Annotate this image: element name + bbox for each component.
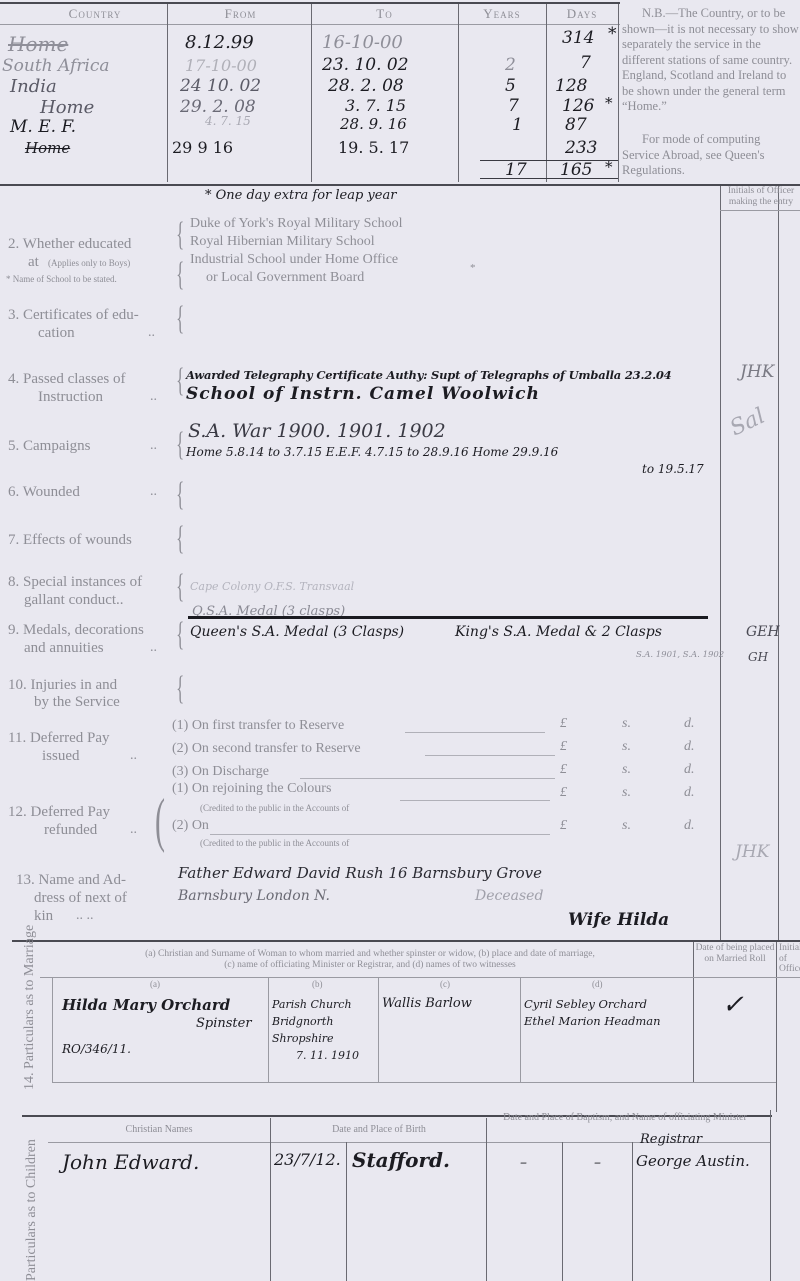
s6-label: 6. Wounded [8, 484, 80, 501]
child-minister: George Austin. [636, 1152, 750, 1170]
table-top-rule [0, 2, 620, 4]
row-years: 7 [508, 96, 519, 116]
shillings-column: s. s. s. s. s. [622, 712, 631, 837]
row-to: 16-10-00 [322, 32, 403, 53]
s15-side-label: Particulars as to Children [24, 1139, 40, 1281]
s5-line2: Home 5.8.14 to 3.7.15 E.E.F. 4.7.15 to 2… [186, 445, 558, 459]
s11-label: 11. Deferred Pay [8, 730, 109, 747]
s4-line1: Awarded Telegraphy Certificate Authy: Su… [186, 368, 671, 382]
child-birth-date: 23/7/12. [274, 1150, 341, 1169]
s5-line1: S.A. War 1900. 1901. 1902 [188, 420, 446, 442]
header-from: From [168, 6, 313, 22]
row-to: 3. 7. 15 [345, 96, 406, 115]
row-years: 2 [505, 55, 516, 75]
header-years: Years [458, 6, 546, 22]
row-days: 126 [562, 96, 594, 116]
s2-sub: (Applies only to Boys) [48, 258, 130, 268]
s9-sub: S.A. 1901, S.A. 1902 [636, 650, 724, 660]
row-from: 17-10-00 [185, 56, 257, 75]
row-years: 1 [512, 115, 523, 135]
total-mark: * [605, 158, 613, 176]
s2-option: Royal Hibernian Military School [190, 233, 403, 251]
s3-label: 3. Certificates of edu- [8, 307, 139, 324]
row-to: 23. 10. 02 [322, 55, 409, 75]
nb-note: N.B.—The Country, or to be shown—it is n… [622, 6, 800, 115]
s5-initials: Sal [726, 404, 768, 442]
s10-label: 10. Injuries in and [8, 677, 117, 694]
s2-label: 2. Whether educated [8, 235, 131, 253]
row-from: 4. 7. 15 [205, 114, 251, 128]
s14-ref: RO/346/11. [62, 1042, 131, 1056]
married-roll-header: Date of being placed on Married Roll [695, 943, 775, 964]
row-from: 24 10. 02 [180, 76, 261, 96]
computation-note: For mode of computing Service Abroad, se… [622, 132, 800, 179]
header-country: Country [20, 6, 170, 22]
row-to: 28. 9. 16 [340, 115, 407, 133]
children-header-names: Christian Names [48, 1124, 270, 1135]
s2-label2: at [28, 254, 39, 271]
row-country: Home [40, 97, 94, 118]
s11-items: (1) On first transfer to Reserve (2) On … [172, 714, 361, 783]
s4-label: 4. Passed classes of [8, 371, 125, 388]
child-minister-title: Registrar [640, 1132, 702, 1147]
child-bapt-place: – [594, 1155, 601, 1171]
row-country: Home [25, 139, 70, 157]
row-from: 8.12.99 [185, 32, 254, 53]
row-country: South Africa [2, 56, 110, 76]
row-days: 87 [565, 115, 587, 135]
s13-label: 13. Name and Ad- [16, 872, 126, 889]
s13-line1: Father Edward David Rush 16 Barnsbury Gr… [178, 864, 542, 882]
s5-label: 5. Campaigns [8, 438, 91, 455]
s13-wife: Wife Hilda [568, 910, 669, 930]
s13-deceased: Deceased [475, 888, 543, 904]
s2-option: Duke of York's Royal Military School [190, 215, 403, 233]
row-years: 5 [505, 76, 516, 96]
row-to: 19. 5. 17 [338, 138, 409, 157]
s14-witnesses: Cyril Sebley Orchard Ethel Marion Headma… [524, 996, 661, 1030]
total-days: 165 [560, 160, 592, 180]
row-days: 233 [565, 138, 597, 158]
header-days: Days [546, 6, 618, 22]
row-mark: * [605, 94, 613, 112]
children-header-baptism: Date and Place of Baptism, and Name of o… [490, 1112, 760, 1123]
s9-line1b: King's S.A. Medal & 2 Clasps [455, 624, 662, 640]
row-country: India [10, 76, 57, 97]
s14-header: (a) Christian and Surname of Woman to wh… [55, 949, 685, 971]
leap-year-footnote: * One day extra for leap year [205, 188, 396, 203]
s14-place: Parish Church Bridgnorth Shropshire 7. 1… [272, 996, 359, 1064]
pounds-column: £ £ £ £ £ [560, 712, 567, 837]
row-mark: * [608, 24, 617, 44]
s14-wife-name: Hilda Mary Orchard [62, 996, 230, 1014]
row-days: 314 [562, 28, 594, 48]
s12-label: 12. Deferred Pay [8, 804, 110, 821]
s14-init-header: Initials of Officer [779, 943, 800, 975]
s13-line2: Barnsbury London N. [178, 888, 330, 904]
child-birth-place: Stafford. [352, 1148, 450, 1172]
s2-note: * Name of School to be stated. [6, 274, 117, 284]
child-bapt-date: – [520, 1155, 527, 1171]
check-mark-icon: ✓ [722, 990, 744, 1020]
row-from: 29 9 16 [172, 138, 233, 157]
s2-option: Industrial School under Home Office [190, 251, 403, 269]
s14-side-label: 14. Particulars as to Marriage [22, 925, 38, 1090]
s2-options: Duke of York's Royal Military School Roy… [190, 215, 403, 287]
strike-through-line [188, 616, 708, 619]
s9-line1a: Queen's S.A. Medal (3 Clasps) [190, 624, 404, 640]
s7-label: 7. Effects of wounds [8, 532, 132, 549]
s14-status: Spinster [196, 1016, 252, 1031]
row-days: 128 [555, 76, 587, 96]
row-country: M. E. F. [10, 117, 76, 137]
s4-line2: School of Instrn. Camel Woolwich [186, 384, 540, 404]
row-to: 28. 2. 08 [328, 76, 404, 96]
header-to: To [312, 6, 457, 22]
initials-header: Initials of Officer making the entry [722, 186, 800, 208]
s14-minister: Wallis Barlow [382, 996, 472, 1011]
row-days: 7 [580, 53, 591, 73]
s8-faint: Cape Colony O.F.S. Transvaal [190, 580, 354, 593]
child-name: John Edward. [62, 1150, 199, 1174]
pence-column: d. d. d. d. d. [684, 712, 695, 837]
s13-initials: JHK [735, 842, 769, 862]
s2-option: or Local Government Board [190, 269, 403, 287]
s9-label: 9. Medals, decorations [8, 622, 144, 639]
row-country: Home [8, 32, 68, 56]
children-header-birth: Date and Place of Birth [272, 1124, 486, 1135]
s9-initials: GEH [746, 624, 780, 640]
s4-initials: JHK [740, 362, 774, 382]
total-years: 17 [505, 160, 527, 180]
s5-line3: to 19.5.17 [642, 462, 704, 476]
s8-label: 8. Special instances of [8, 574, 142, 591]
